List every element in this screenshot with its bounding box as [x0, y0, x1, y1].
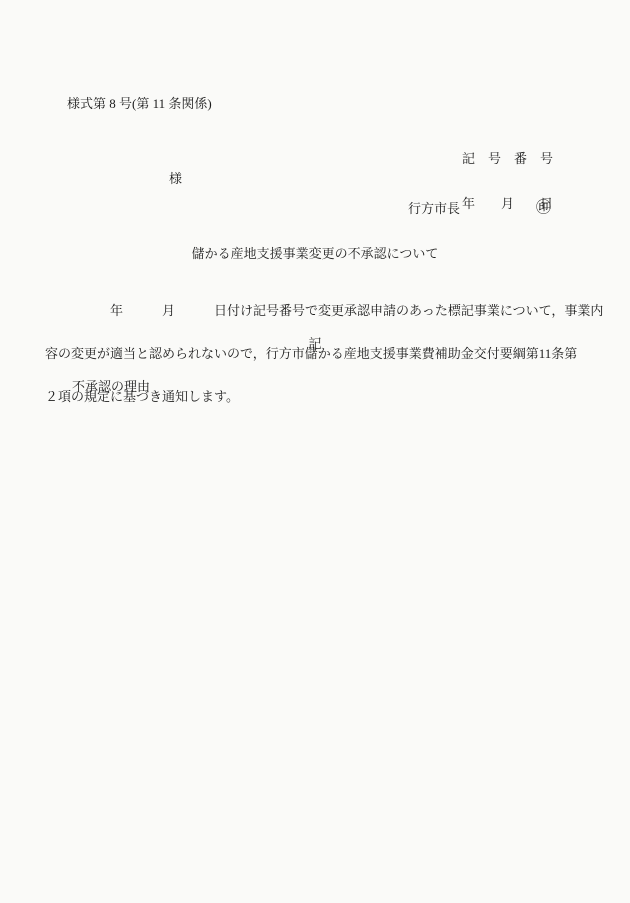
reference-number-line: 記 号 番 号 — [462, 151, 553, 166]
document-page: 様式第 8 号(第 11 条関係) 記 号 番 号 年 月 日 様 行方市長 ㊞… — [0, 0, 630, 903]
sender-name: 行方市長 — [408, 198, 460, 217]
reason-heading: 不承認の理由 — [72, 376, 150, 395]
form-number: 様式第 8 号(第 11 条関係) — [67, 93, 212, 112]
reference-date-block: 記 号 番 号 年 月 日 — [462, 121, 553, 241]
body-line-1: 年 月 日付け記号番号で変更承認申請のあった標記事業について，事業内 — [45, 304, 597, 318]
record-marker: 記 — [0, 333, 630, 352]
document-title: 儲かる産地支援事業変更の不承認について — [0, 243, 630, 262]
body-paragraph: 年 月 日付け記号番号で変更承認申請のあった標記事業について，事業内 容の変更が… — [45, 275, 597, 433]
addressee-honorific: 様 — [169, 168, 182, 187]
seal-mark-icon: ㊞ — [536, 196, 551, 217]
